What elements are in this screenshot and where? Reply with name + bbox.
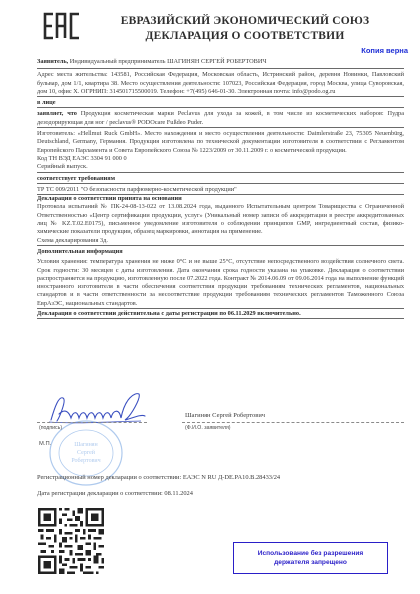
basis-text: Протокола испытаний № ПК-24-08-13-022 от… [37, 203, 404, 236]
complies-label: соответствует требованиям [37, 175, 404, 184]
copy-certified-mark: Копия верна [361, 46, 408, 55]
title-declaration: ДЕКЛАРАЦИЯ О СООТВЕТСТВИИ [120, 29, 370, 44]
declaration-body: Заявитель, Индивидуальный предпринимател… [37, 58, 404, 319]
warning-line-1: Использование без разрешения [234, 549, 387, 558]
signer-name-caption: (Ф.И.О. заявителя) [185, 425, 231, 431]
warning-line-2: держателя запрещено [234, 558, 387, 567]
signature-block: Шагинян Сергей Робертович Шагинян Сергей… [37, 410, 404, 470]
declaration-scheme: Схема декларирования 3д. [37, 237, 404, 246]
registration-date: Дата регистрации декларации о соответств… [37, 490, 193, 497]
svg-text:Сергей: Сергей [77, 449, 96, 456]
applicant-label: Заявитель, [37, 58, 68, 65]
qr-code-icon[interactable] [38, 508, 104, 574]
additional-info-label: Дополнительная информация [37, 248, 404, 256]
document-title: ЕВРАЗИЙСКИЙ ЭКОНОМИЧЕСКИЙ СОЮЗ ДЕКЛАРАЦИ… [120, 14, 370, 44]
eac-logo [42, 12, 82, 40]
additional-info-text: Условия хранения: температура хранения н… [37, 258, 404, 309]
tn-code: Код ТН ВЭД ЕАЭС 3304 91 000 0 [37, 155, 404, 163]
signature-caption: (подпись) [39, 425, 62, 431]
product-row: заявляет, что Продукция косметическая ма… [37, 110, 404, 128]
signer-name-line [182, 422, 404, 423]
basis-label: Декларация о соответствии принята на осн… [37, 195, 404, 203]
stamp-place-label: М.П. [39, 441, 51, 447]
applicant-row: Заявитель, Индивидуальный предпринимател… [37, 58, 404, 69]
signature-line [37, 422, 147, 423]
applicant-address: Адрес места жительства: 143581, Российск… [37, 71, 404, 97]
applicant-value: Индивидуальный предприниматель ШАГИНЯН С… [68, 58, 266, 65]
eac-mark-icon [42, 12, 82, 40]
signer-name: Шагинян Сергей Робертович [185, 412, 265, 419]
declares-label: заявляет, что [37, 110, 77, 117]
registration-number: Регистрационный номер декларации о соотв… [37, 474, 280, 481]
release-type: Серийный выпуск. [37, 163, 404, 172]
svg-text:Шагинян: Шагинян [74, 442, 98, 448]
usage-warning-stamp: Использование без разрешения держателя з… [233, 542, 388, 574]
svg-text:Робертович: Робертович [71, 457, 100, 464]
regulation: ТР ТС 009/2011 "О безопасности парфюмерн… [37, 186, 404, 195]
in-person-label: в лице [37, 99, 404, 108]
title-union: ЕВРАЗИЙСКИЙ ЭКОНОМИЧЕСКИЙ СОЮЗ [120, 14, 370, 29]
manufacturer-info: Изготовитель: «Hellmut Ruck GmbH». Место… [37, 130, 404, 155]
validity-statement: Декларация о соответствии действительна … [37, 310, 404, 319]
product-description: Продукция косметическая марки Peclavus д… [37, 110, 404, 125]
